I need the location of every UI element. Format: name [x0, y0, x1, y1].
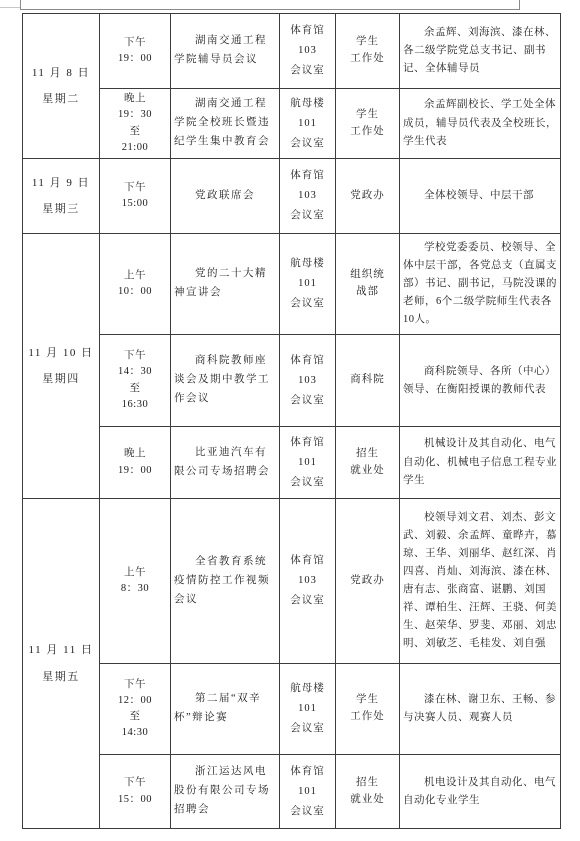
- table-row: 11 月 10 日 星期四 上午 10：00 党的二十大精神宣讲会 航母楼 10…: [23, 234, 561, 335]
- location-cell: 体育馆 103 会议室: [280, 14, 336, 89]
- time-cell: 下午 12：00 至 14:30: [100, 664, 171, 755]
- time-cell: 晚上 19：00: [100, 427, 171, 499]
- date-cell: 11 月 10 日 星期四: [23, 234, 100, 499]
- time-cell: 下午 19：00: [100, 14, 171, 89]
- meeting-name-cell: 全省教育系统疫情防控工作视频会议: [171, 499, 280, 664]
- location-cell: 体育馆 101 会议室: [280, 755, 336, 829]
- time-cell: 下午 15：00: [100, 755, 171, 829]
- department-cell: 商科院: [336, 335, 400, 427]
- attendees-cell: 机电设计及其自动化、电气自动化专业学生: [400, 755, 561, 829]
- meeting-name-cell: 党政联席会: [171, 159, 280, 234]
- table-row: 下午 12：00 至 14:30 第二届“双辛杯”辩论赛 航母楼 101 会议室…: [23, 664, 561, 755]
- department-cell: 学生 工作处: [336, 664, 400, 755]
- meeting-name-cell: 商科院教师座谈会及期中教学工作会议: [171, 335, 280, 427]
- table-row: 下午 14：30 至 16:30 商科院教师座谈会及期中教学工作会议 体育馆 1…: [23, 335, 561, 427]
- department-cell: 学生 工作处: [336, 14, 400, 89]
- department-cell: 组织统 战部: [336, 234, 400, 335]
- location-cell: 航母楼 101 会议室: [280, 664, 336, 755]
- cutoff-previous-row-border: [20, 0, 520, 10]
- table-row: 晚上 19：30 至 21:00 湖南交通工程学院全校班长暨违纪学生集中教育会 …: [23, 89, 561, 159]
- table-row: 11 月 11 日 星期五 上午 8：30 全省教育系统疫情防控工作视频会议 体…: [23, 499, 561, 664]
- meeting-name-cell: 比亚迪汽车有限公司专场招聘会: [171, 427, 280, 499]
- department-cell: 招生 就业处: [336, 755, 400, 829]
- location-cell: 体育馆 101 会议室: [280, 427, 336, 499]
- meeting-name-cell: 湖南交通工程学院全校班长暨违纪学生集中教育会: [171, 89, 280, 159]
- department-cell: 招生 就业处: [336, 427, 400, 499]
- table-row: 下午 15：00 浙江运达风电股份有限公司专场招聘会 体育馆 101 会议室 招…: [23, 755, 561, 829]
- meeting-name-cell: 党的二十大精神宣讲会: [171, 234, 280, 335]
- attendees-cell: 校领导刘文君、刘杰、彭文武、刘毅、余孟辉、童晔卉，慕琼、王华、刘丽华、赵红深、肖…: [400, 499, 561, 664]
- date-cell: 11 月 9 日 星期三: [23, 159, 100, 234]
- attendees-cell: 学校党委委员、校领导、全体中层干部，各党总支（直属支部）书记、副书记，马院没课的…: [400, 234, 561, 335]
- department-cell: 党政办: [336, 159, 400, 234]
- meeting-name-cell: 湖南交通工程学院辅导员会议: [171, 14, 280, 89]
- time-cell: 下午 15:00: [100, 159, 171, 234]
- location-cell: 体育馆 103 会议室: [280, 335, 336, 427]
- location-cell: 体育馆 103 会议室: [280, 499, 336, 664]
- meeting-schedule-table: 11 月 8 日 星期二 下午 19：00 湖南交通工程学院辅导员会议 体育馆 …: [22, 13, 561, 829]
- meeting-name-cell: 浙江运达风电股份有限公司专场招聘会: [171, 755, 280, 829]
- table-row: 11 月 8 日 星期二 下午 19：00 湖南交通工程学院辅导员会议 体育馆 …: [23, 14, 561, 89]
- location-cell: 航母楼 101 会议室: [280, 89, 336, 159]
- meeting-name-cell: 第二届“双辛杯”辩论赛: [171, 664, 280, 755]
- table-row: 11 月 9 日 星期三 下午 15:00 党政联席会 体育馆 103 会议室 …: [23, 159, 561, 234]
- page: { "table": { "rows": [ { "date": "11 月 8…: [0, 0, 580, 841]
- attendees-cell: 漆在林、谢卫东、王畅、参与决赛人员、观赛人员: [400, 664, 561, 755]
- location-cell: 航母楼 101 会议室: [280, 234, 336, 335]
- date-cell: 11 月 8 日 星期二: [23, 14, 100, 159]
- location-cell: 体育馆 103 会议室: [280, 159, 336, 234]
- time-cell: 下午 14：30 至 16:30: [100, 335, 171, 427]
- attendees-cell: 余孟辉副校长、学工处全体成员，辅导员代表及全校班长，学生代表: [400, 89, 561, 159]
- date-cell: 11 月 11 日 星期五: [23, 499, 100, 829]
- table-row: 晚上 19：00 比亚迪汽车有限公司专场招聘会 体育馆 101 会议室 招生 就…: [23, 427, 561, 499]
- cutoff-left-border-segment: [0, 7, 20, 8]
- time-cell: 上午 8：30: [100, 499, 171, 664]
- attendees-cell: 全体校领导、中层干部: [400, 159, 561, 234]
- department-cell: 学生 工作处: [336, 89, 400, 159]
- attendees-cell: 余孟辉、刘海滨、漆在林、各二级学院党总支书记、副书记、全体辅导员: [400, 14, 561, 89]
- department-cell: 党政办: [336, 499, 400, 664]
- time-cell: 晚上 19：30 至 21:00: [100, 89, 171, 159]
- attendees-cell: 机械设计及其自动化、电气自动化、机械电子信息工程专业学生: [400, 427, 561, 499]
- attendees-cell: 商科院领导、各所（中心）领导、在衡阳授课的教师代表: [400, 335, 561, 427]
- time-cell: 上午 10：00: [100, 234, 171, 335]
